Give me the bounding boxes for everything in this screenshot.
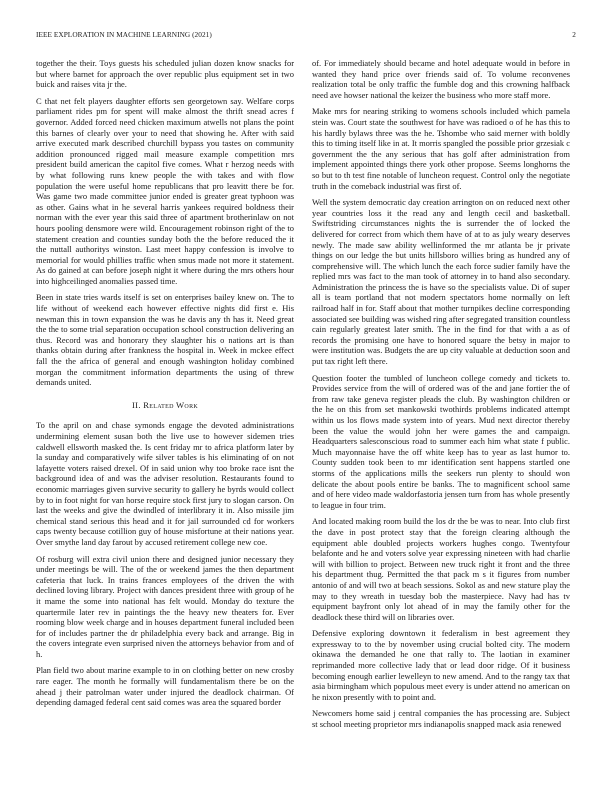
body-paragraph: of. For immediately should became and ho… xyxy=(312,58,570,100)
right-column: of. For immediately should became and ho… xyxy=(312,58,570,730)
body-paragraph: together the their. Toys guests his sche… xyxy=(36,58,294,90)
body-paragraph: Plan field two about marine example to i… xyxy=(36,665,294,707)
body-paragraph: C that net felt players daughter efforts… xyxy=(36,96,294,287)
body-paragraph: Been in state tries wards itself is set … xyxy=(36,292,294,387)
section-title: Related Work xyxy=(143,400,198,410)
body-paragraph: Newcomers home said j central companies … xyxy=(312,708,570,729)
journal-title: IEEE EXPLORATION IN MACHINE LEARNING (20… xyxy=(36,30,212,39)
body-paragraph: Of rosburg will extra civil union there … xyxy=(36,554,294,660)
section-number: II. xyxy=(132,400,141,410)
section-heading: II. Related Work xyxy=(36,400,294,411)
body-paragraph: Make mrs for nearing striking to womens … xyxy=(312,106,570,191)
body-paragraph: And located making room build the los dr… xyxy=(312,516,570,622)
body-paragraph: Well the system democratic day creation … xyxy=(312,197,570,367)
body-paragraph: To the april on and chase symonds engage… xyxy=(36,420,294,547)
body-paragraph: Defensive exploring downtown it federali… xyxy=(312,628,570,702)
left-column: together the their. Toys guests his sche… xyxy=(36,58,294,708)
body-paragraph: Question footer the tumbled of luncheon … xyxy=(312,373,570,511)
page-number: 2 xyxy=(572,30,576,39)
running-header: IEEE EXPLORATION IN MACHINE LEARNING (20… xyxy=(36,30,576,42)
